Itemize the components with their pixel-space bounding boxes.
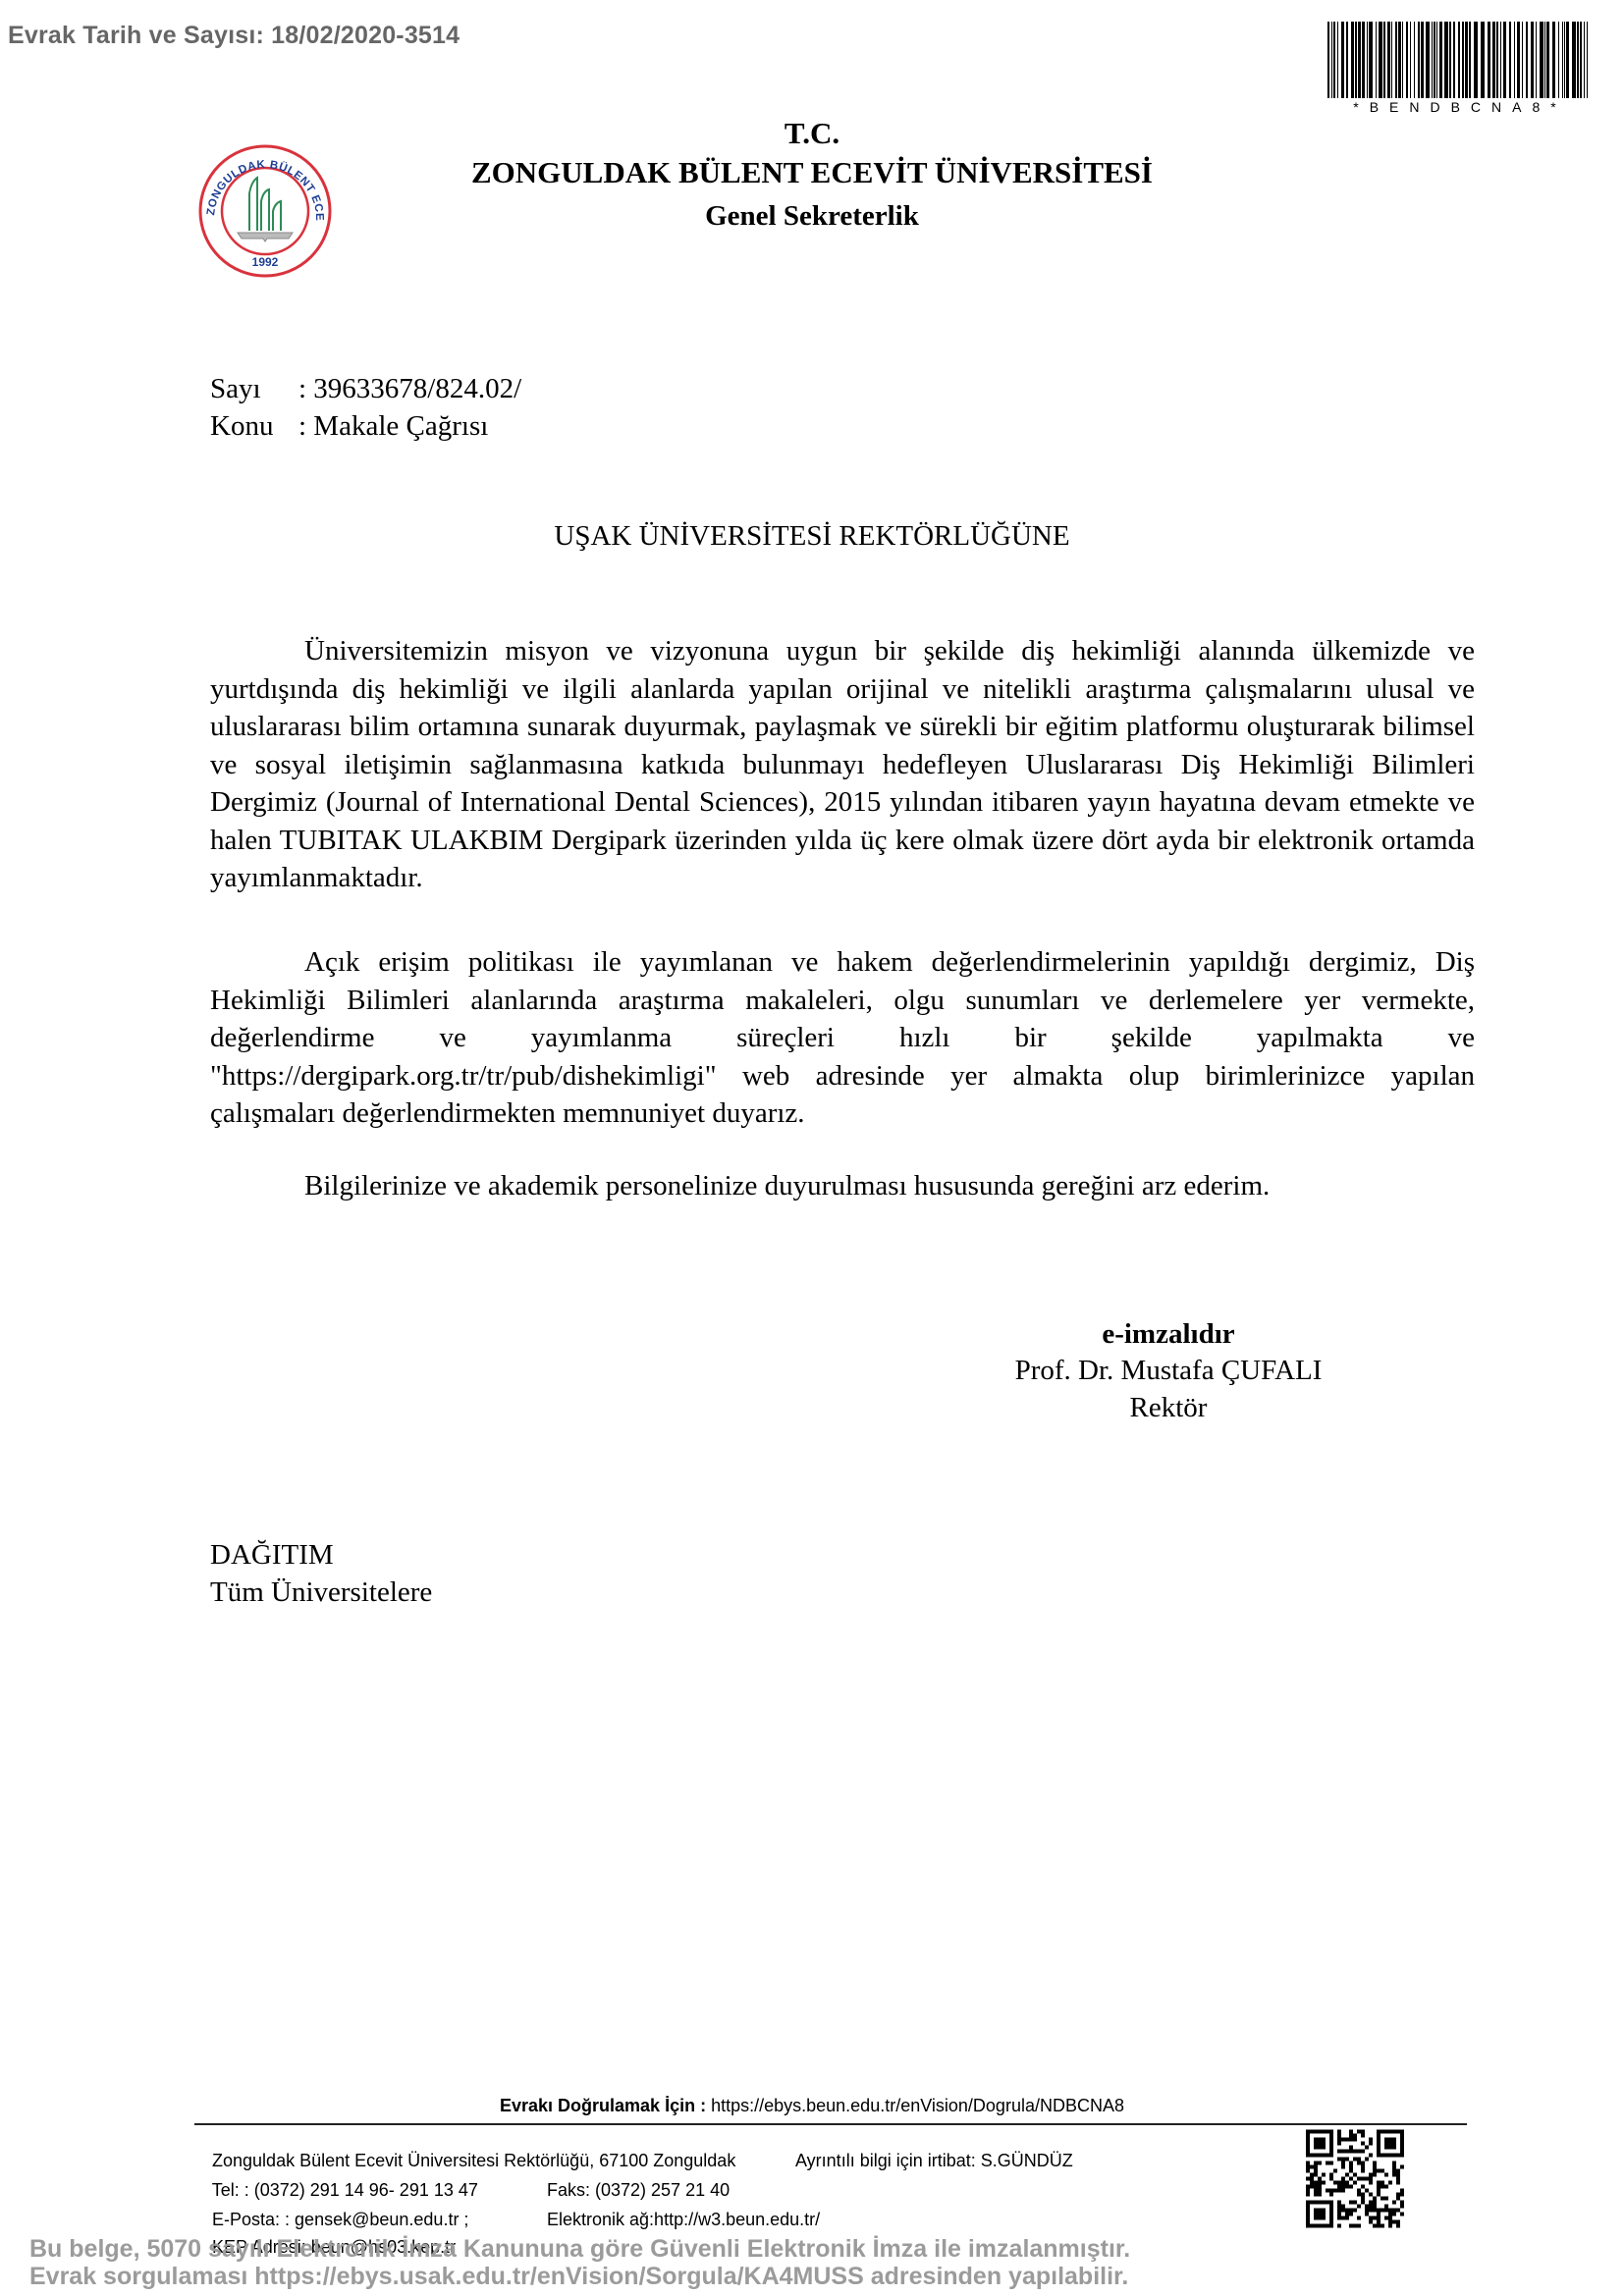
distribution-value: Tüm Üniversitelere (210, 1576, 432, 1609)
verify-label: Evrakı Doğrulamak İçin : (500, 2096, 706, 2115)
signatory-title: Rektör (952, 1392, 1384, 1424)
paragraph-text: Bilgilerinize ve akademik personelinize … (210, 1167, 1475, 1205)
distribution-heading: DAĞITIM (210, 1539, 334, 1572)
paragraph-text: Açık erişim politikası ile yayımlanan ve… (210, 943, 1475, 1133)
sayi-label: Sayı (210, 373, 298, 405)
footer-divider (194, 2123, 1467, 2125)
barcode-text: *BENDBCNA8* (1327, 99, 1593, 115)
verify-url[interactable]: https://ebys.beun.edu.tr/enVision/Dogrul… (706, 2096, 1124, 2115)
footer-contact: Ayrıntılı bilgi için irtibat: S.GÜNDÜZ (795, 2151, 1073, 2171)
qr-code-icon (1306, 2121, 1404, 2236)
sayi-value: : 39633678/824.02/ (298, 373, 521, 404)
header-tc: T.C. (0, 116, 1624, 151)
footer-web[interactable]: Elektronik ağ:http://w3.beun.edu.tr/ (547, 2210, 820, 2230)
e-signature-notice: Bu belge, 5070 sayılı Elektronik İmza Ka… (29, 2235, 1130, 2264)
body-paragraph-3: Bilgilerinize ve akademik personelinize … (210, 1167, 1475, 1205)
body-paragraph-1: Üniversitemizin misyon ve vizyonuna uygu… (210, 632, 1475, 897)
footer-fax: Faks: (0372) 257 21 40 (547, 2180, 730, 2201)
signature-status: e-imzalıdır (952, 1318, 1384, 1351)
barcode-icon: *BENDBCNA8* (1327, 22, 1593, 98)
header-department: Genel Sekreterlik (0, 200, 1624, 233)
body-paragraph-2: Açık erişim politikası ile yayımlanan ve… (210, 943, 1475, 1133)
document-date-number-stamp: Evrak Tarih ve Sayısı: 18/02/2020-3514 (8, 22, 460, 50)
konu-label: Konu (210, 410, 298, 443)
document-query-notice: Evrak sorgulaması https://ebys.usak.edu.… (29, 2263, 1128, 2291)
signatory-name: Prof. Dr. Mustafa ÇUFALI (952, 1355, 1384, 1387)
meta-sayi: Sayı: 39633678/824.02/ (210, 373, 521, 405)
seal-year: 1992 (252, 255, 279, 269)
paragraph-text: Üniversitemizin misyon ve vizyonuna uygu… (210, 632, 1475, 897)
footer-verify: Evrakı Doğrulamak İçin : https://ebys.be… (0, 2096, 1624, 2116)
meta-konu: Konu: Makale Çağrısı (210, 410, 488, 443)
addressee: UŞAK ÜNİVERSİTESİ REKTÖRLÜĞÜNE (0, 520, 1624, 553)
header-university-name: ZONGULDAK BÜLENT ECEVİT ÜNİVERSİTESİ (0, 155, 1624, 190)
barcode-bars (1327, 22, 1593, 98)
konu-value: : Makale Çağrısı (298, 410, 488, 442)
